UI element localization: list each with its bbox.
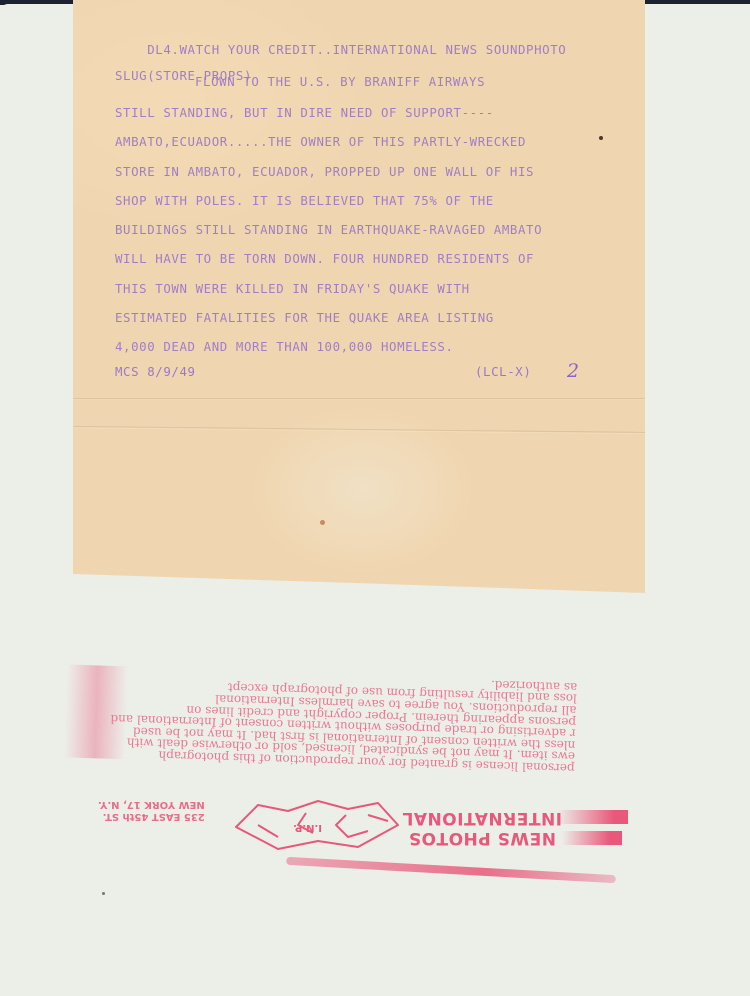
- caption-body-line: WILL HAVE TO BE TORN DOWN. FOUR HUNDRED …: [115, 244, 542, 273]
- initials-date: MCS 8/9/49: [115, 364, 196, 379]
- slug-line: SLUG(STORE PROPS): [115, 68, 252, 83]
- caption-body-line: BUILDINGS STILL STANDING IN EARTHQUAKE-R…: [115, 215, 542, 244]
- ink-smear: [65, 665, 128, 760]
- caption-footer: MCS 8/9/49 (LCL-X) 2: [115, 364, 595, 379]
- ink-speck: [599, 136, 603, 140]
- license-stamp: personal license is granted for your rep…: [85, 665, 578, 773]
- brand-line-news-photos: NEWS PHOTOS: [402, 828, 562, 848]
- caption-body-line: AMBATO,ECUADOR.....THE OWNER OF THIS PAR…: [115, 127, 542, 156]
- handwritten-number: 2: [567, 360, 580, 382]
- paper-fold: [73, 398, 645, 400]
- ink-smear: [562, 831, 622, 845]
- brand-line-international: INTERNATIONAL: [402, 808, 562, 828]
- caption-body-line: SHOP WITH POLES. IT IS BELIEVED THAT 75%…: [115, 186, 542, 215]
- ink-smear: [558, 810, 628, 824]
- address-stamp: 235 EAST 45th ST.NEW YORK 17, N.Y.: [98, 798, 205, 822]
- stain-spot: [320, 520, 325, 525]
- address-line: NEW YORK 17, N.Y.: [98, 798, 205, 810]
- address-line: 235 EAST 45th ST.: [98, 810, 205, 822]
- caption-body-line: 4,000 DEAD AND MORE THAN 100,000 HOMELES…: [115, 332, 542, 361]
- wire-code: (LCL-X): [475, 364, 531, 379]
- paper-fold: [73, 426, 645, 434]
- caption-body-line: THIS TOWN WERE KILLED IN FRIDAY'S QUAKE …: [115, 274, 542, 303]
- dust-speck: [102, 892, 105, 895]
- svg-text:I.N.P.: I.N.P.: [293, 822, 322, 833]
- caption-body-line: STORE IN AMBATO, ECUADOR, PROPPED UP ONE…: [115, 157, 542, 186]
- globe-map-icon: I.N.P.: [228, 795, 408, 855]
- caption-body: STILL STANDING, BUT IN DIRE NEED OF SUPP…: [115, 98, 542, 362]
- caption-body-line: STILL STANDING, BUT IN DIRE NEED OF SUPP…: [115, 98, 542, 127]
- header-line-1: DL4.WATCH YOUR CREDIT..INTERNATIONAL NEW…: [147, 42, 566, 57]
- brand-stamp: NEWS PHOTOS INTERNATIONAL: [402, 808, 562, 848]
- inp-logo-stamp: I.N.P.: [228, 795, 408, 855]
- caption-slip: DL4.WATCH YOUR CREDIT..INTERNATIONAL NEW…: [73, 0, 645, 593]
- caption-body-line: ESTIMATED FATALITIES FOR THE QUAKE AREA …: [115, 303, 542, 332]
